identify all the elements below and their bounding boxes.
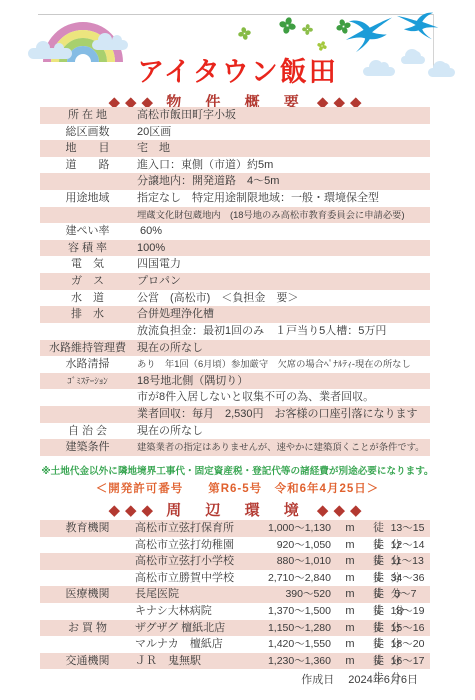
- row-value: プロパン: [135, 273, 430, 290]
- clover-icon: [302, 24, 314, 36]
- row-value: 進入口：東側（市道）約5m: [135, 157, 430, 174]
- row-label: [40, 207, 135, 224]
- env-table-row: 医療機関長尾医院390～520m徒歩5～7分: [40, 586, 430, 603]
- row-value: 四国電力: [135, 256, 430, 273]
- table-row: 自 治 会現在の所なし: [40, 423, 430, 440]
- row-value: 合併処理浄化槽: [135, 306, 430, 323]
- footer-created: 作成日2024年6月6日: [40, 671, 430, 687]
- env-table-row: 高松市立弦打幼稚園920～1,050m徒歩12～14分: [40, 537, 430, 554]
- page-title: アイタウン飯田: [0, 50, 475, 89]
- row-label: 水路維持管理費: [40, 340, 135, 357]
- bird-icon: [395, 8, 443, 46]
- environment-heading-label: 周 辺 環 境: [166, 502, 309, 519]
- env-table-row: マルナカ 檀紙店1,420～1,550m徒歩18～20分: [40, 636, 430, 653]
- table-row: 建ぺい率 60%: [40, 223, 430, 240]
- created-label: 作成日: [301, 674, 334, 686]
- table-row: 電 気四国電力: [40, 256, 430, 273]
- row-value: 市が8件入居しないと収集不可の為、業者回収。: [135, 389, 430, 406]
- env-table-row: 教育機関高松市立弦打保育所1,000～1,130m徒歩13～15分: [40, 520, 430, 537]
- table-row: 所 在 地高松市飯田町字小坂: [40, 107, 430, 124]
- diamond-icons-right: ◆◆◆: [317, 502, 367, 519]
- clover-icon: [237, 26, 252, 41]
- table-row: 業者回収：毎月 2,530円 お客様の口座引落になります: [40, 406, 430, 423]
- row-label: [40, 173, 135, 190]
- table-row: 用途地域指定なし 特定用途制限地域：一般・環境保全型: [40, 190, 430, 207]
- row-value: 現在の所なし: [135, 423, 430, 440]
- property-table: 所 在 地高松市飯田町字小坂総区画数20区画地 目宅 地道 路進入口：東側（市道…: [40, 107, 430, 456]
- row-value: 100%: [135, 240, 430, 257]
- env-table-row: 高松市立勝賀中学校2,710～2,840m徒歩34～36分: [40, 570, 430, 587]
- cloud-icon: [92, 40, 128, 50]
- table-row: 水 道公営 (高松市) ＜負担金 要＞: [40, 290, 430, 307]
- row-label: 排 水: [40, 306, 135, 323]
- row-value: 建築業者の指定はありませんが、速やかに建築頂くことが条件です。: [135, 439, 430, 456]
- row-label: [40, 406, 135, 423]
- table-row: 放流負担金：最初1回のみ １戸当り5人槽：5万円: [40, 323, 430, 340]
- clover-icon: [277, 15, 298, 36]
- environment-heading: ◆◆◆ 周 辺 環 境 ◆◆◆: [0, 499, 475, 520]
- env-table-row: 交通機関ＪＲ 鬼無駅1,230～1,360m徒歩16～17分: [40, 653, 430, 670]
- row-value: 指定なし 特定用途制限地域：一般・環境保全型: [135, 190, 430, 207]
- row-value: 20区画: [135, 124, 430, 141]
- row-value: 60%: [135, 223, 430, 240]
- row-label: [40, 389, 135, 406]
- table-row: 排 水合併処理浄化槽: [40, 306, 430, 323]
- row-label: 地 目: [40, 140, 135, 157]
- row-value: 分譲地内：開発道路 4～5m: [135, 173, 430, 190]
- row-label: 建ぺい率: [40, 223, 135, 240]
- table-row: 建築条件建築業者の指定はありませんが、速やかに建築頂くことが条件です。: [40, 439, 430, 456]
- table-row: 道 路進入口：東側（市道）約5m: [40, 157, 430, 174]
- row-value: 18号地北側（隅切り）: [135, 373, 430, 390]
- table-row: ｺﾞﾐｽﾃｰｼｮﾝ18号地北側（隅切り）: [40, 373, 430, 390]
- created-date: 2024年6月6日: [348, 674, 418, 686]
- table-row: 地 目宅 地: [40, 140, 430, 157]
- table-row: 総区画数20区画: [40, 124, 430, 141]
- row-value: 放流負担金：最初1回のみ １戸当り5人槽：5万円: [135, 323, 430, 340]
- row-label: 用途地域: [40, 190, 135, 207]
- row-value: 現在の所なし: [135, 340, 430, 357]
- table-row: 水路維持管理費現在の所なし: [40, 340, 430, 357]
- table-row: 市が8件入居しないと収集不可の為、業者回収。: [40, 389, 430, 406]
- env-table-row: キナシ大林病院1,370～1,500m徒歩18～19分: [40, 603, 430, 620]
- property-flyer-page: アイタウン飯田 ◆◆◆ 物 件 概 要 ◆◆◆ 所 在 地高松市飯田町字小坂総区…: [0, 0, 475, 700]
- row-value: 高松市飯田町字小坂: [135, 107, 430, 124]
- table-row: ガ スプロパン: [40, 273, 430, 290]
- row-label: 電 気: [40, 256, 135, 273]
- table-row: 容 積 率100%: [40, 240, 430, 257]
- environment-table: 教育機関高松市立弦打保育所1,000～1,130m徒歩13～15分高松市立弦打幼…: [40, 520, 430, 669]
- row-label: 水 道: [40, 290, 135, 307]
- permit-number: ＜開発許可番号 第R6-5号 令和6年4月25日＞: [0, 480, 475, 496]
- env-table-row: お 買 物ザグザグ 檀紙北店1,150～1,280m徒歩15～16分: [40, 620, 430, 637]
- row-label: 水路清掃: [40, 356, 135, 373]
- row-value: 公営 (高松市) ＜負担金 要＞: [135, 290, 430, 307]
- row-label: [40, 323, 135, 340]
- table-row: 埋蔵文化財包蔵地内 (18号地のみ高松市教育委員会に申請必要): [40, 207, 430, 224]
- env-table-row: 高松市立弦打小学校880～1,010m徒歩11～13分: [40, 553, 430, 570]
- page-border-top: [38, 14, 433, 15]
- row-label: 建築条件: [40, 439, 135, 456]
- bird-icon: [344, 16, 394, 53]
- row-value: あり 年1回（6月頃）参加厳守 欠席の場合ﾍﾟﾅﾙﾃｨ-現在の所なし: [135, 356, 430, 373]
- table-row: 水路清掃あり 年1回（6月頃）参加厳守 欠席の場合ﾍﾟﾅﾙﾃｨ-現在の所なし: [40, 356, 430, 373]
- row-value: 宅 地: [135, 140, 430, 157]
- row-label: 総区画数: [40, 124, 135, 141]
- row-label: ガ ス: [40, 273, 135, 290]
- note-extra-costs: ※土地代金以外に隣地境界工事代・固定資産税・登記代等の諸経費が別途必要になります…: [0, 463, 475, 477]
- row-label: 道 路: [40, 157, 135, 174]
- row-label: ｺﾞﾐｽﾃｰｼｮﾝ: [40, 373, 135, 390]
- table-row: 分譲地内：開発道路 4～5m: [40, 173, 430, 190]
- row-label: 所 在 地: [40, 107, 135, 124]
- row-label: 自 治 会: [40, 423, 135, 440]
- row-label: 容 積 率: [40, 240, 135, 257]
- row-value: 埋蔵文化財包蔵地内 (18号地のみ高松市教育委員会に申請必要): [135, 207, 430, 224]
- diamond-icons-left: ◆◆◆: [108, 502, 158, 519]
- row-value: 業者回収：毎月 2,530円 お客様の口座引落になります: [135, 406, 430, 423]
